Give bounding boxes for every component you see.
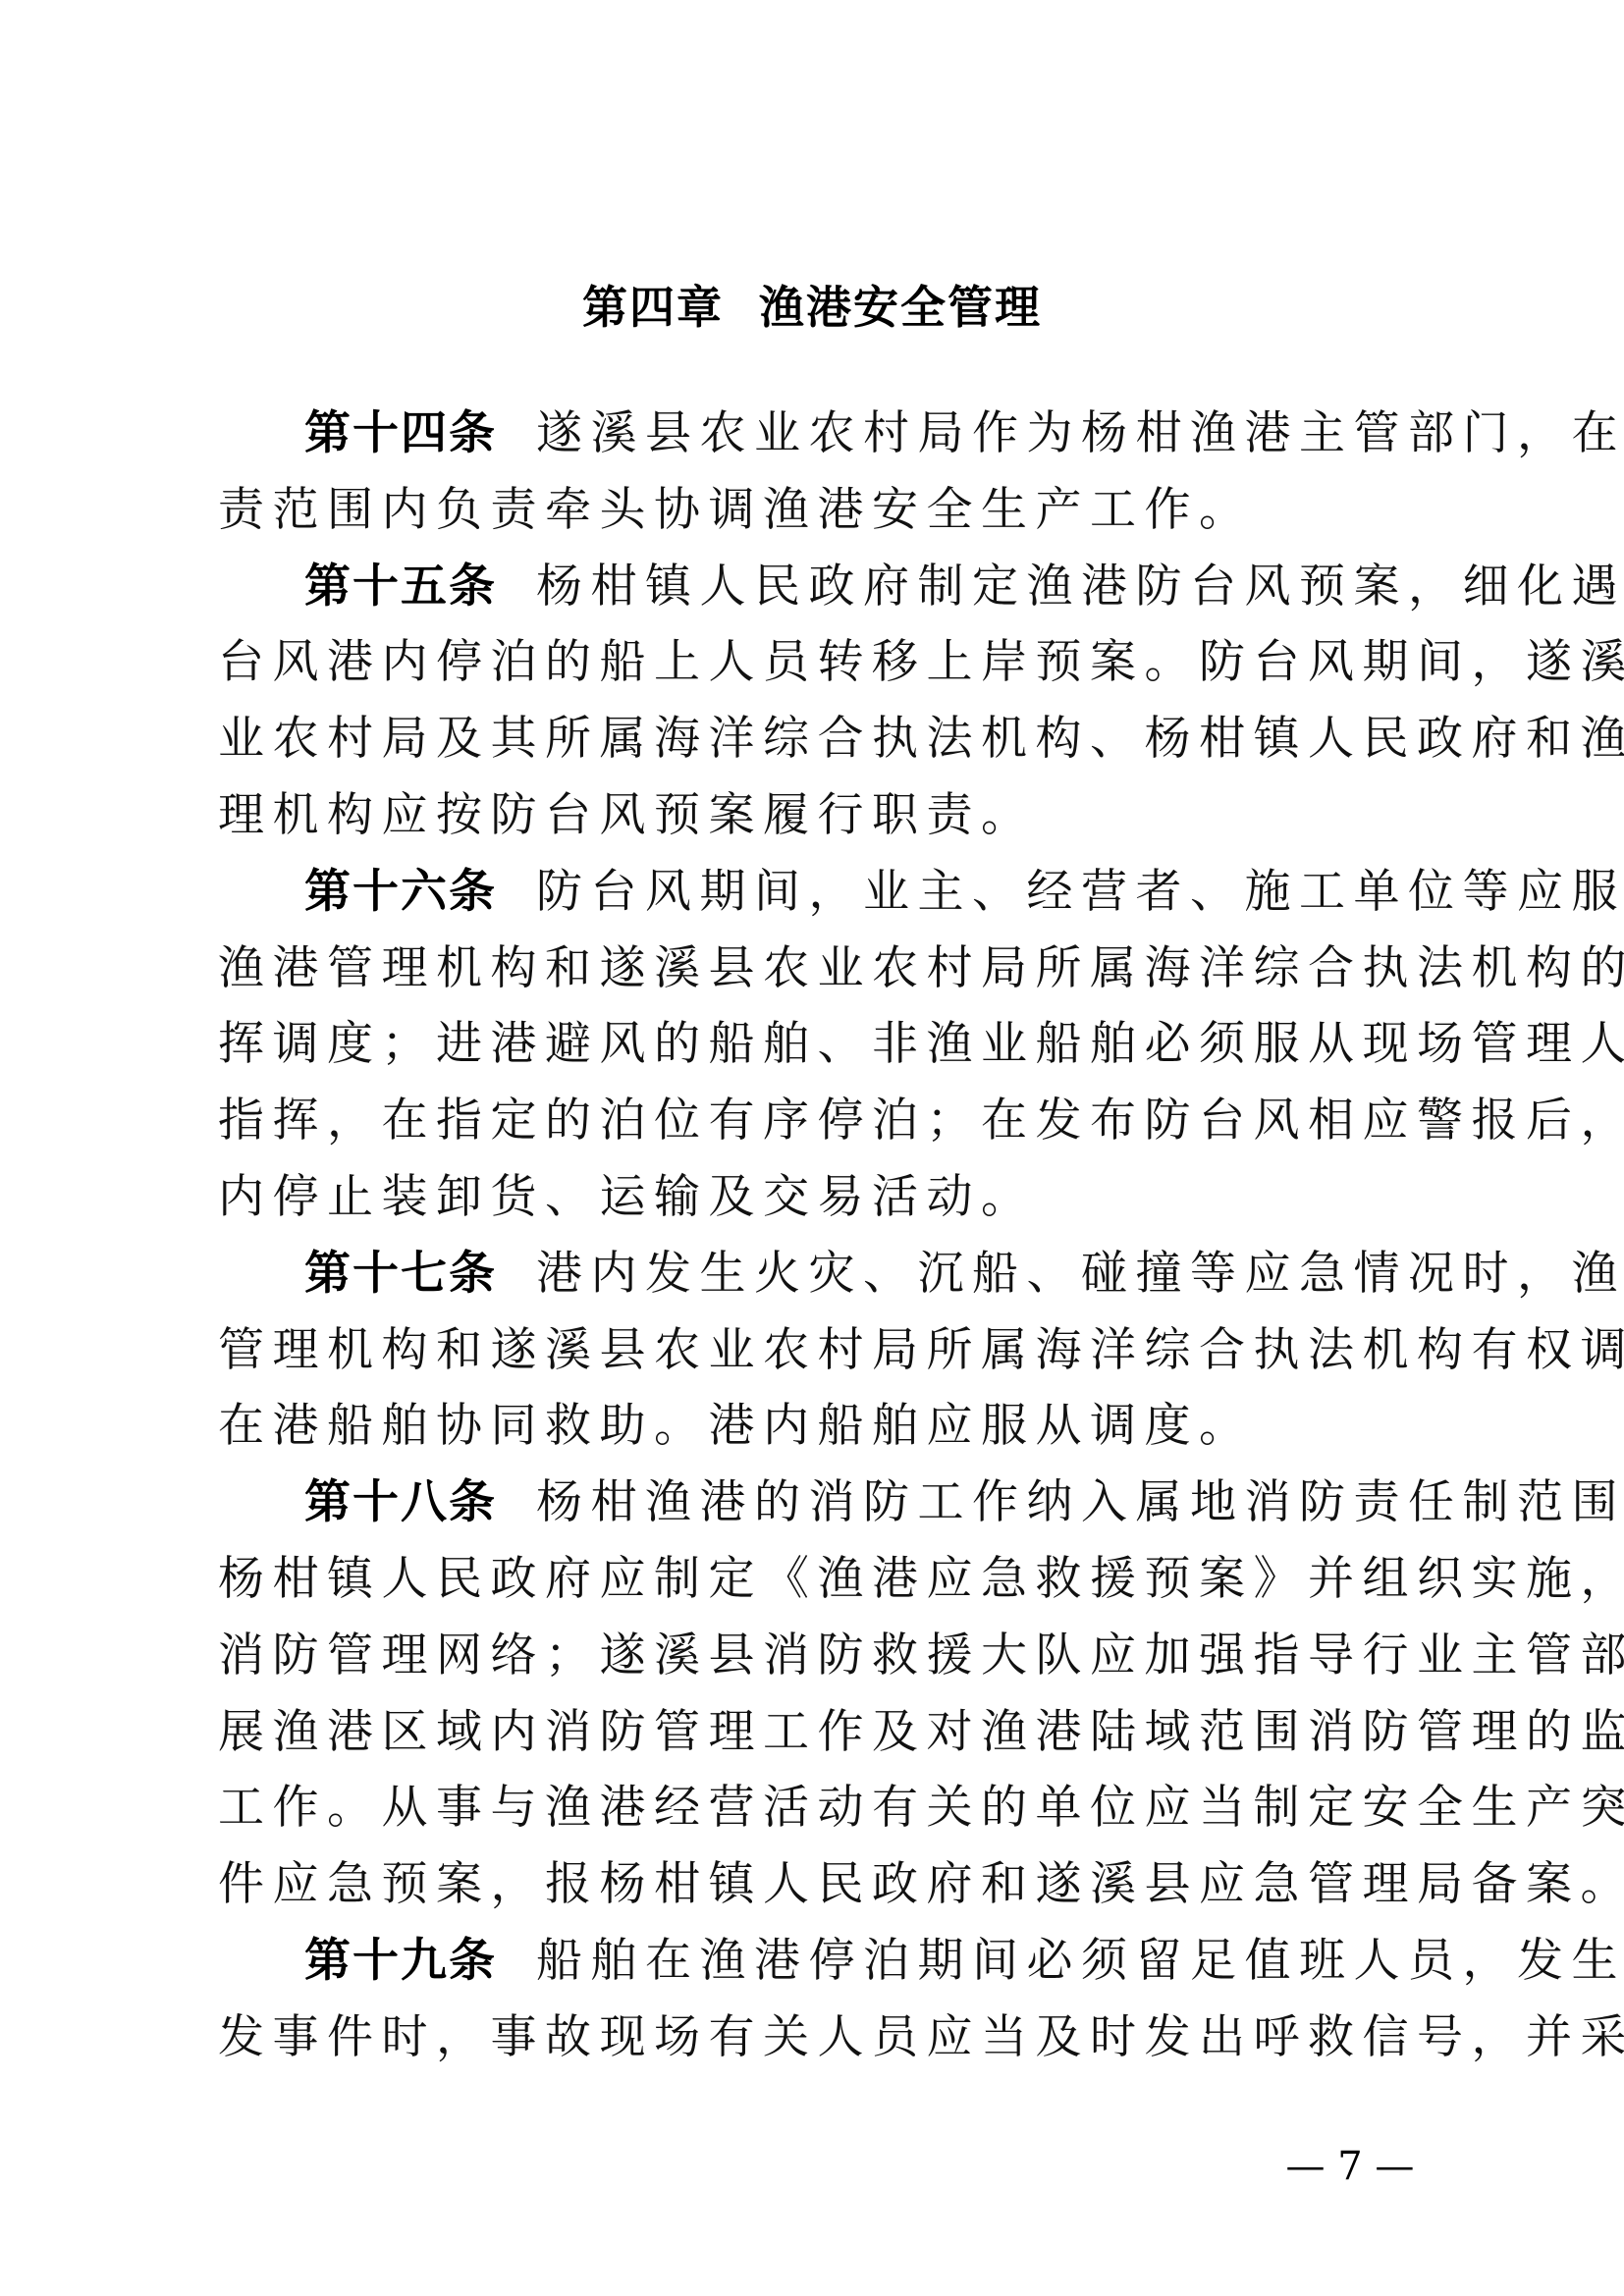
chapter-title: 第四章渔港安全管理 (0, 278, 1624, 337)
article-17-line-1: 第十七条港内发生火灾、沉船、碰撞等应急情况时，渔港 (218, 1245, 1435, 1321)
article-17-line-3: 在港船舶协同救助。港内船舶应服从调度。 (218, 1397, 1435, 1473)
article-18-line-2: 杨柑镇人民政府应制定《渔港应急救援预案》并组织实施，组建 (218, 1550, 1435, 1627)
article-14-line-2: 责范围内负责牵头协调渔港安全生产工作。 (218, 481, 1435, 558)
article-18-line-6: 件应急预案，报杨柑镇人民政府和遂溪县应急管理局备案。 (218, 1855, 1435, 1932)
article-text: 遂溪县农业农村局作为杨柑渔港主管部门，在职 (536, 406, 1624, 460)
article-text: 船舶在渔港停泊期间必须留足值班人员，发生突 (536, 1934, 1624, 1988)
article-label: 第十八条 (304, 1475, 497, 1529)
article-text: 杨柑渔港的消防工作纳入属地消防责任制范围； (536, 1475, 1624, 1529)
article-15-line-3: 业农村局及其所属海洋综合执法机构、杨柑镇人民政府和渔港管 (218, 710, 1435, 786)
article-14-line-1: 第十四条遂溪县农业农村局作为杨柑渔港主管部门，在职 (218, 404, 1435, 481)
article-text: 防台风期间，业主、经营者、施工单位等应服从 (536, 865, 1624, 919)
article-16-line-2: 渔港管理机构和遂溪县农业农村局所属海洋综合执法机构的指 (218, 939, 1435, 1016)
article-16-line-1: 第十六条防台风期间，业主、经营者、施工单位等应服从 (218, 863, 1435, 939)
chapter-number: 第四章 (582, 281, 724, 334)
article-16-line-4: 指挥，在指定的泊位有序停泊；在发布防台风相应警报后，港区 (218, 1092, 1435, 1168)
article-19-line-1: 第十九条船舶在渔港停泊期间必须留足值班人员，发生突 (218, 1932, 1435, 2008)
article-19-line-2: 发事件时，事故现场有关人员应当及时发出呼救信号，并采取积 (218, 2008, 1435, 2085)
article-label: 第十五条 (304, 560, 497, 614)
article-text: 港内发生火灾、沉船、碰撞等应急情况时，渔港 (536, 1247, 1624, 1301)
article-18-line-5: 工作。从事与渔港经营活动有关的单位应当制定安全生产突发事 (218, 1779, 1435, 1855)
article-label: 第十六条 (304, 865, 497, 919)
article-18-line-3: 消防管理网络；遂溪县消防救援大队应加强指导行业主管部门开 (218, 1627, 1435, 1703)
article-18-line-4: 展渔港区域内消防管理工作及对渔港陆域范围消防管理的监督 (218, 1703, 1435, 1780)
article-label: 第十四条 (304, 406, 497, 460)
article-text: 杨柑镇人民政府制定渔港防台风预案，细化遇强 (536, 560, 1624, 614)
article-18-line-1: 第十八条杨柑渔港的消防工作纳入属地消防责任制范围； (218, 1473, 1435, 1550)
article-label: 第十九条 (304, 1934, 497, 1988)
article-16-line-3: 挥调度；进港避风的船舶、非渔业船舶必须服从现场管理人员的 (218, 1015, 1435, 1092)
document-body: 第十四条遂溪县农业农村局作为杨柑渔港主管部门，在职 责范围内负责牵头协调渔港安全… (218, 404, 1435, 2085)
article-17-line-2: 管理机构和遂溪县农业农村局所属海洋综合执法机构有权调度 (218, 1321, 1435, 1398)
article-16-line-5: 内停止装卸货、运输及交易活动。 (218, 1168, 1435, 1245)
article-label: 第十七条 (304, 1247, 497, 1301)
document-page: 第四章渔港安全管理 第十四条遂溪县农业农村局作为杨柑渔港主管部门，在职 责范围内… (0, 0, 1624, 2296)
article-15-line-4: 理机构应按防台风预案履行职责。 (218, 786, 1435, 863)
article-15-line-2: 台风港内停泊的船上人员转移上岸预案。防台风期间，遂溪县农 (218, 633, 1435, 710)
page-number: — 7 — (1267, 2142, 1434, 2191)
chapter-heading: 渔港安全管理 (759, 281, 1042, 334)
article-15-line-1: 第十五条杨柑镇人民政府制定渔港防台风预案，细化遇强 (218, 558, 1435, 634)
